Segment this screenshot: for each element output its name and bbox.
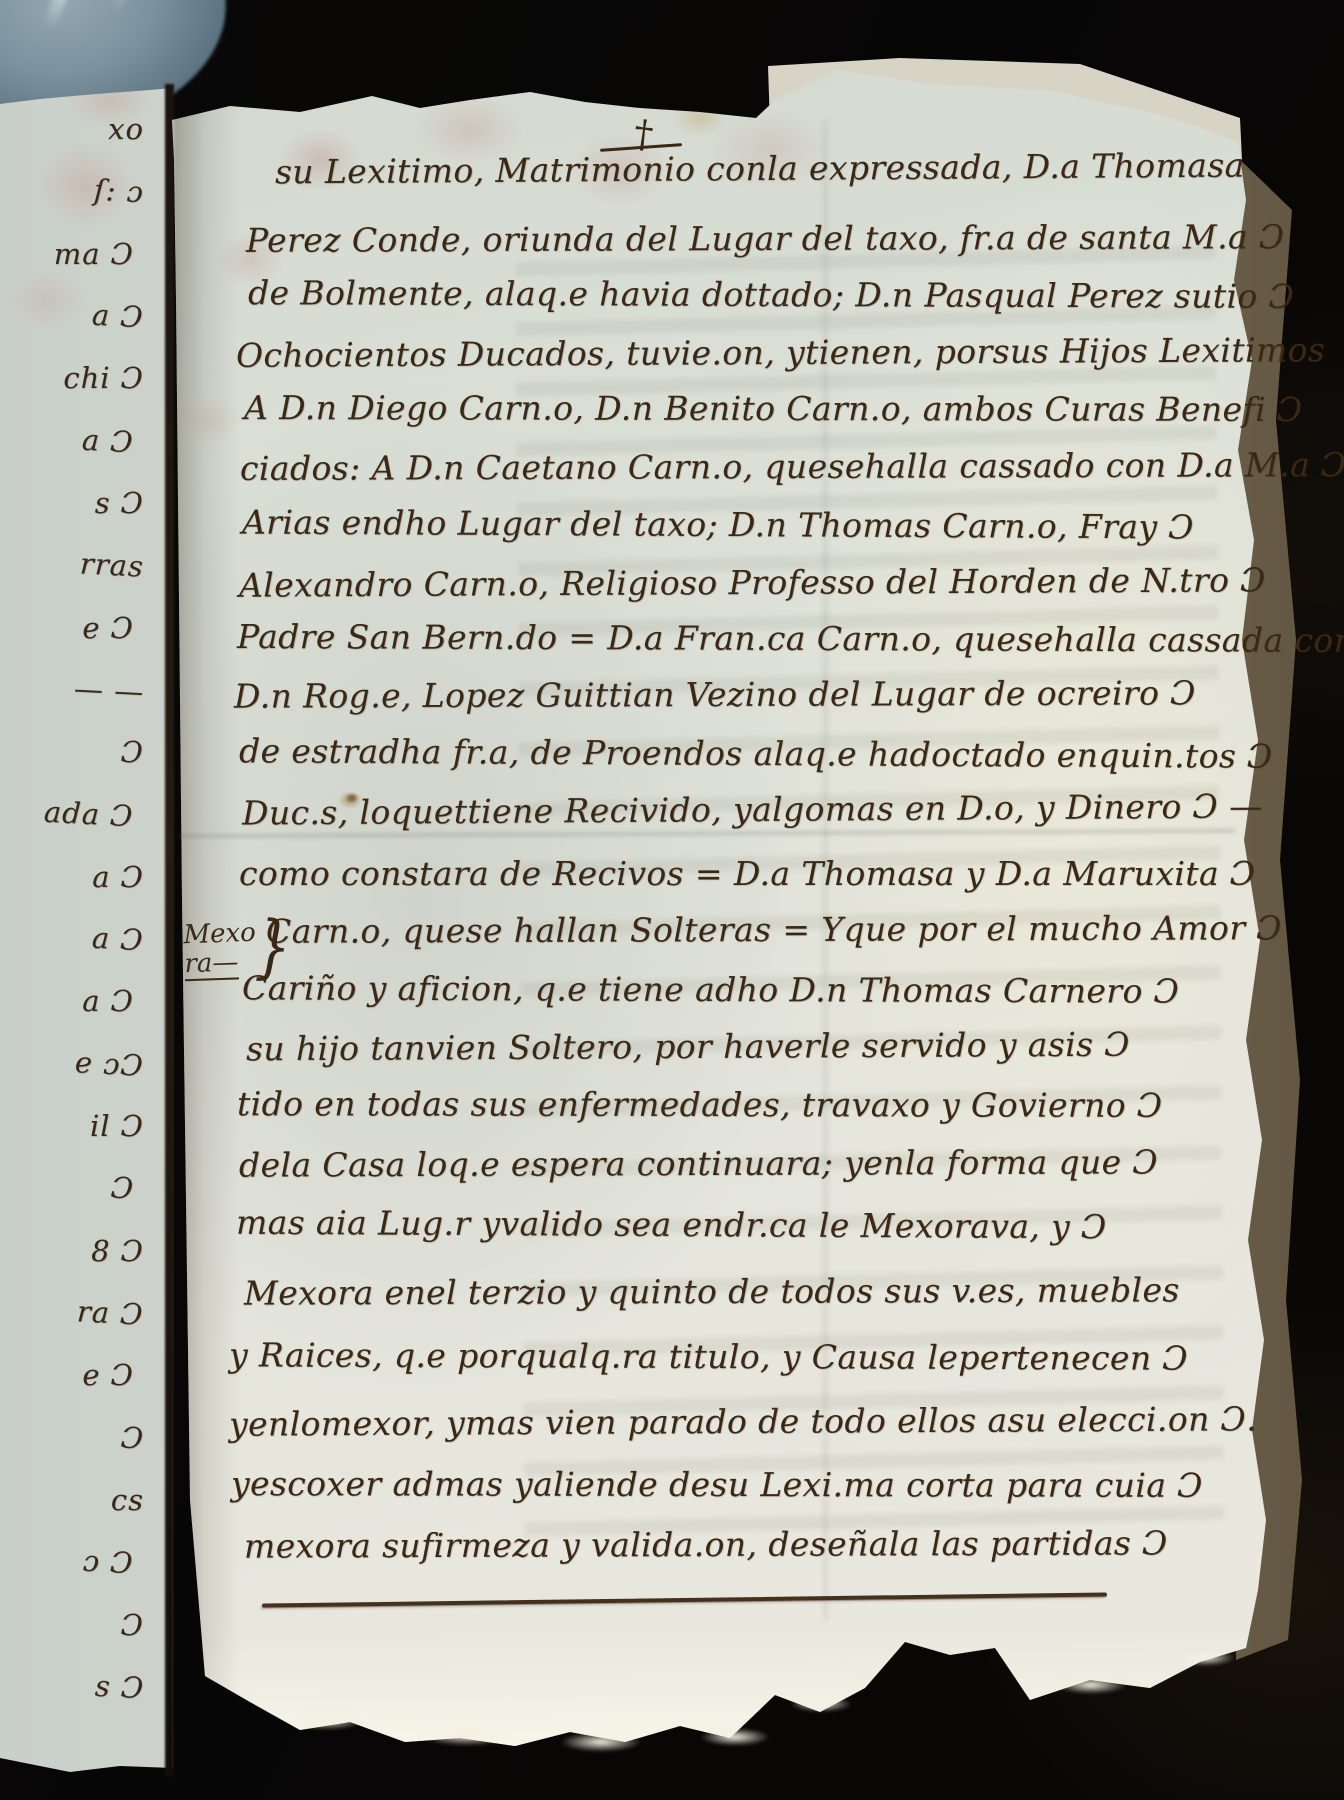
left-page-fragment: a Ɔ <box>81 422 134 459</box>
manuscript-line: mas aia Lug.r yvalido sea endr.ca le Mex… <box>236 1206 1107 1244</box>
manuscript-line: yenlomexor, ymas vien parado de todo ell… <box>229 1402 1257 1440</box>
paper-bottom-fibers <box>420 1724 512 1746</box>
manuscript-line: su hijo tanvien Soltero, por haverle ser… <box>246 1028 1130 1066</box>
gutter-shadow <box>165 84 174 1776</box>
reflection-highlight <box>110 0 141 15</box>
left-page-fragment: xo <box>108 112 144 146</box>
paper-bottom-fibers <box>1175 1650 1235 1666</box>
margin-note-mejora: Mexo ra— <box>183 919 257 982</box>
manuscript-line: Carn.o, quese hallan Solteras = Yque por… <box>266 911 1282 948</box>
left-page-fragment: s Ɔ <box>95 486 144 520</box>
manuscript-line: de estradha fr.a, de Proendos alaq.e had… <box>239 734 1273 772</box>
manuscript-line: su Lexitimo, Matrimonio conla expressada… <box>275 149 1245 189</box>
left-page-fragment: e ɔƆ <box>74 1045 144 1083</box>
left-page-fragment: e Ɔ <box>82 611 134 645</box>
manuscript-line: de Bolmente, alaq.e havia dottado; D.n P… <box>248 276 1294 313</box>
margin-note-line2: ra— <box>184 948 239 981</box>
manuscript-line: yescoxer admas yaliende desu Lexi.ma cor… <box>231 1467 1203 1502</box>
manuscript-line: Perez Conde, oriunda del Lugar del taxo,… <box>246 220 1285 257</box>
left-page-fragment: cs <box>111 1483 144 1517</box>
reflection-highlight <box>42 0 80 30</box>
left-page-fragment: Ɔ <box>110 1171 135 1206</box>
left-page-fragment: a Ɔ <box>92 860 144 894</box>
paper-bottom-fibers <box>1055 1676 1127 1694</box>
left-page-fragment: s Ɔ <box>94 1669 145 1706</box>
manuscript-line: como constara de Recivos = D.a Thomasa y… <box>239 857 1256 890</box>
margin-note-line1: Mexo <box>183 919 256 950</box>
manuscript-line: y Raices, q.e porqualq.ra titulo, y Caus… <box>229 1338 1188 1374</box>
left-page-fragment: e Ɔ <box>82 1358 134 1392</box>
manuscript-line: mexora sufirmeza y valida.on, deseñala l… <box>244 1526 1168 1562</box>
manuscript-line: Ochocientos Ducados, tuvie.on, ytienen, … <box>236 333 1325 372</box>
paper-bottom-fibers <box>790 1696 852 1712</box>
manuscript-line: dela Casa loq.e espera continuara; yenla… <box>239 1145 1158 1181</box>
left-page-fragment: Ɔ <box>121 1608 144 1642</box>
left-page-fragment: 8 Ɔ <box>91 1234 144 1268</box>
manuscript-line: Mexora enel terzio y quinto de todos sus… <box>244 1273 1180 1309</box>
manuscript-line: Duc.s, loquettiene Recivido, yalgomas en… <box>242 789 1263 829</box>
manuscript-line: ciados: A D.n Caetano Carn.o, quesehalla… <box>240 448 1344 485</box>
manuscript-line: D.n Rog.e, Lopez Guittian Vezino del Lug… <box>234 676 1196 712</box>
left-page-fragment: — — <box>73 671 145 709</box>
left-page-fragment: chi Ɔ <box>63 361 144 395</box>
left-page-fragment: Ɔ <box>120 1420 145 1455</box>
left-page-fragment: il Ɔ <box>90 1109 144 1143</box>
manuscript-line: Cariño y aficion, q.e tiene adho D.n Tho… <box>242 971 1179 1007</box>
left-page-fragment-column: xo ſ: ɔ ma Ɔ a Ɔ chi Ɔ a Ɔ s Ɔ rras e Ɔ … <box>0 112 156 1704</box>
manuscript-line: tido en todas sus enfermedades, travaxo … <box>237 1087 1163 1122</box>
left-page-fragment: ma Ɔ <box>54 237 134 271</box>
left-page-fragment: a Ɔ <box>91 921 144 958</box>
left-page-fragment: ɔ Ɔ <box>82 1544 134 1581</box>
left-page-fragment: ſ: ɔ <box>93 173 145 210</box>
margin-note-brace: } <box>254 905 292 987</box>
left-page-fragment: rras <box>79 547 145 584</box>
left-page-fragment: ada Ɔ <box>44 795 135 834</box>
manuscript-line: A D.n Diego Carn.o, D.n Benito Carn.o, a… <box>244 391 1303 426</box>
left-page-fragment: Ɔ <box>121 735 144 769</box>
left-page-fragment: ra Ɔ <box>77 1294 145 1331</box>
left-page-fragment: a Ɔ <box>82 984 134 1018</box>
manuscript-line: Alexandro Carn.o, Religioso Professo del… <box>239 563 1266 601</box>
manuscript-line: Padre San Bern.do = D.a Fran.ca Carn.o, … <box>237 620 1344 657</box>
left-page-fragment: a Ɔ <box>91 298 144 335</box>
paper-bottom-fibers <box>560 1732 642 1752</box>
manuscript-photograph: xo ſ: ɔ ma Ɔ a Ɔ chi Ɔ a Ɔ s Ɔ rras e Ɔ … <box>0 0 1344 1800</box>
paper-bottom-fibers <box>700 1728 770 1746</box>
manuscript-line: Arias endho Lugar del taxo; D.n Thomas C… <box>242 506 1194 544</box>
paper-bottom-fibers <box>290 1710 364 1730</box>
